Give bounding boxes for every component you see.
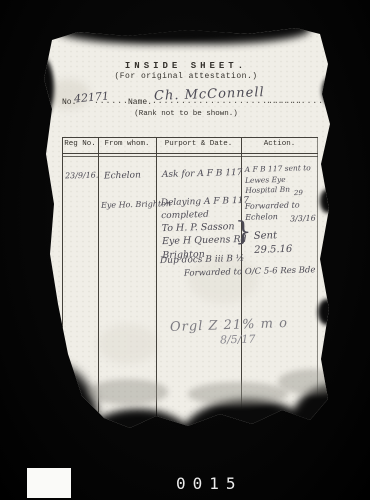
table-header-row: Reg No. From whom. Purport & Date. Actio… [62,140,318,148]
grain-blob-2 [188,382,288,406]
edge-nick-2 [320,189,336,213]
page-title: INSIDE SHEET. [38,61,334,71]
dotted-line-c: .......... [266,97,324,106]
grain-blob-1 [88,379,168,405]
header-action: Action. [241,140,318,148]
edge-nick-1 [322,76,342,106]
page-subtitle: (For original attestation.) [38,72,334,81]
document-page: INSIDE SHEET. (For original attestation.… [38,24,334,436]
header-purport-date: Purport & Date. [156,140,241,148]
entry-row3-action: Sent 29.5.16 [254,228,319,258]
entry-reg-no: 23/9/16. [65,170,99,182]
entry-row4-action: Forwarded to O/C 5-6 Res Bde [184,265,316,280]
dotted-line-a: ...... [94,97,129,106]
entry-row4-purport: Dup docs B iii B ½ [160,253,245,268]
frame-counter: 0015 [176,474,243,493]
grain-blob-3 [278,369,348,395]
ink-smudge-left-tab [28,56,54,120]
pencil-note-line2: 8/5/17 [220,332,256,348]
header-from-whom: From whom. [98,140,156,148]
fade-blob-4 [288,384,370,484]
microfilm-scan: INSIDE SHEET. (For original attestation.… [0,0,370,500]
entry-row1-action: A F B 117 sent to Lewes Eye Hospital Bn [245,163,318,196]
soldier-name: Ch. McConnell [154,84,265,106]
ink-smudge-top [56,8,310,44]
page-heading: INSIDE SHEET. (For original attestation.… [38,61,334,81]
table-rule-header [62,153,318,154]
entry-row1-action-note: 29 [294,189,303,199]
entry-row1-purport: Ask for A F B 117 [162,167,243,182]
entry-row1-from: Echelon [104,170,141,184]
entry-row2-action-date: 3/3/16 [290,213,316,225]
fade-blob-1 [8,364,98,484]
header-reg-no: Reg No. [62,140,98,148]
rank-note: (Rank not to be shown.) [38,110,334,118]
ink-smudge-top-2 [94,24,234,38]
film-blip-marker [27,468,71,498]
brace-mark: } [235,219,252,245]
name-label: Name. [128,98,152,107]
table-vline-2 [156,137,157,420]
table-vline-left [62,137,63,420]
table-rule-header-2 [62,156,318,157]
edge-nick-3 [318,299,336,325]
table-rule-top [62,137,318,138]
